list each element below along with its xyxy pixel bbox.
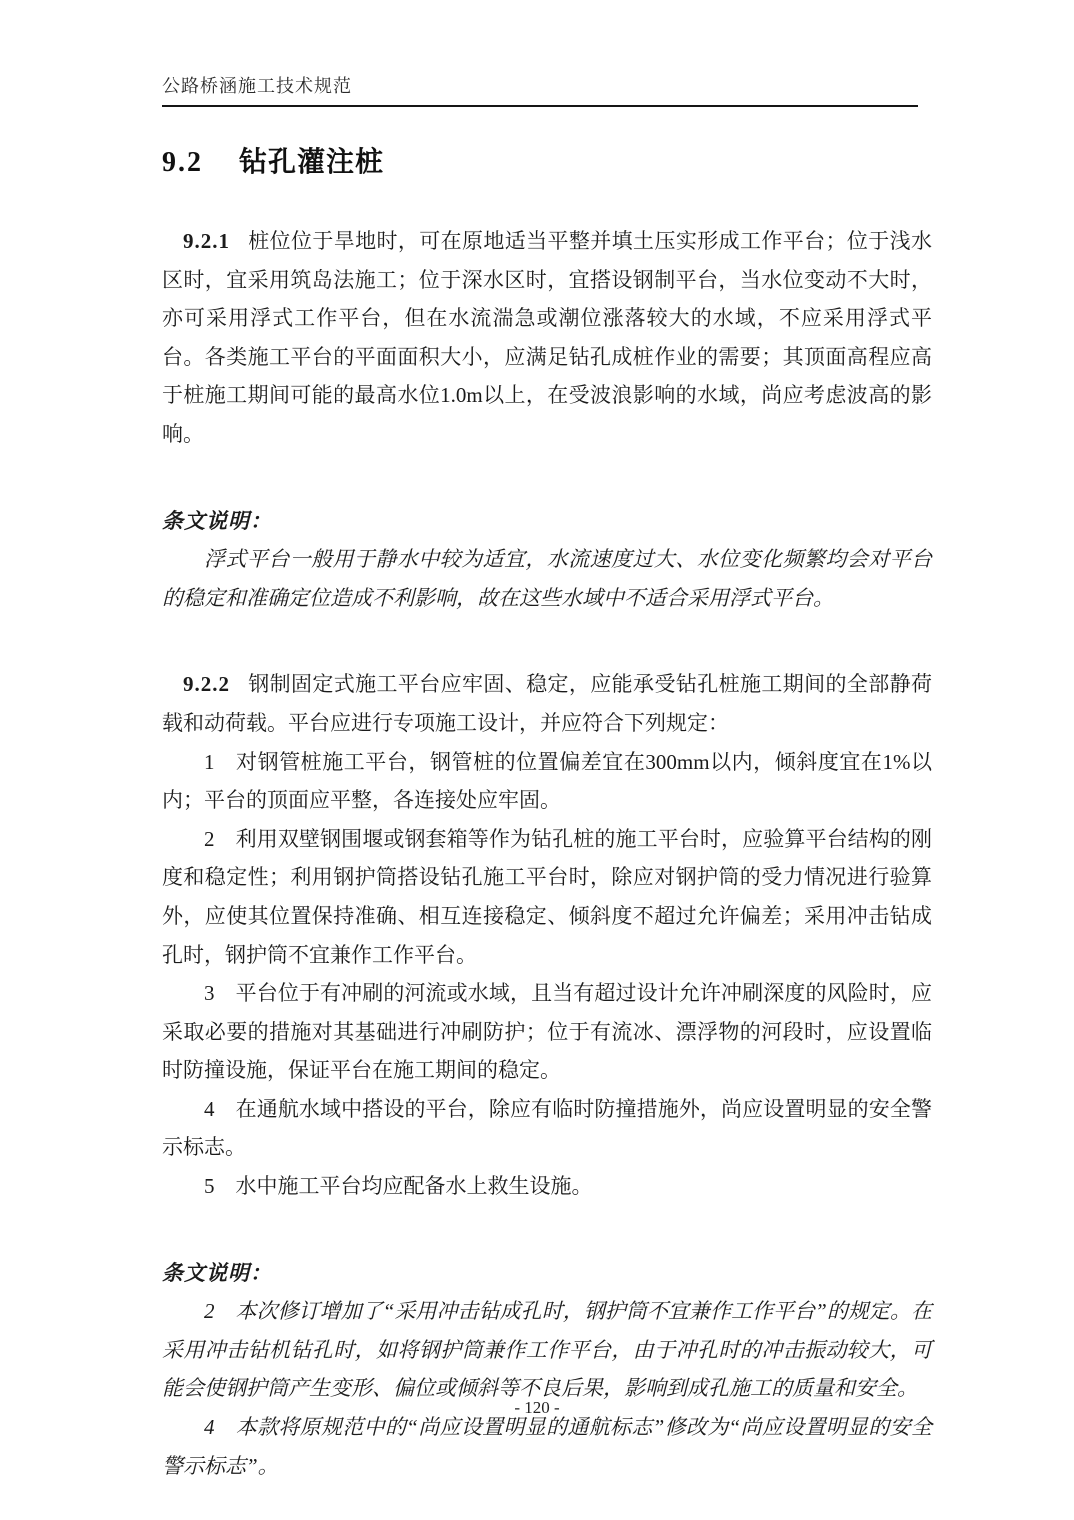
explanation-item-2: 2本次修订增加了“采用冲击钻成孔时，钢护筒不宜兼作工作平台”的规定。在采用冲击钻…	[162, 1292, 932, 1408]
clause-9-2-2-text: 钢制固定式施工平台应牢固、稳定，应能承受钻孔桩施工期间的全部静荷载和动荷载。平台…	[162, 672, 932, 735]
clause-9-2-1-text: 桩位位于旱地时，可在原地适当平整并填土压实形成工作平台；位于浅水区时，宜采用筑岛…	[162, 229, 932, 446]
item-text: 对钢管桩施工平台，钢管桩的位置偏差宜在300mm以内，倾斜度宜在1%以内；平台的…	[162, 750, 932, 813]
list-item-4: 4在通航水域中搭设的平台，除应有临时防撞措施外，尚应设置明显的安全警示标志。	[162, 1090, 932, 1167]
clause-9-2-2: 9.2.2钢制固定式施工平台应牢固、稳定，应能承受钻孔桩施工期间的全部静荷载和动…	[162, 665, 932, 1205]
item-text: 平台位于有冲刷的河流或水域，且当有超过设计允许冲刷深度的风险时，应采取必要的措施…	[162, 981, 932, 1082]
item-number: 2	[204, 1299, 215, 1323]
item-text: 水中施工平台均应配备水上救生设施。	[236, 1174, 593, 1198]
list-item-5: 5水中施工平台均应配备水上救生设施。	[162, 1167, 932, 1206]
explanation-9-2-2: 条文说明： 2本次修订增加了“采用冲击钻成孔时，钢护筒不宜兼作工作平台”的规定。…	[162, 1254, 932, 1486]
explanation-9-2-1: 条文说明： 浮式平台一般用于静水中较为适宜，水流速度过大、水位变化频繁均会对平台…	[162, 502, 932, 618]
item-text: 利用双壁钢围堰或钢套箱等作为钻孔桩的施工平台时，应验算平台结构的刚度和稳定性；利…	[162, 827, 932, 967]
list-item-2: 2利用双壁钢围堰或钢套箱等作为钻孔桩的施工平台时，应验算平台结构的刚度和稳定性；…	[162, 820, 932, 974]
clause-9-2-1-number: 9.2.1	[183, 229, 230, 253]
item-number: 5	[204, 1174, 215, 1198]
clause-9-2-2-intro: 9.2.2钢制固定式施工平台应牢固、稳定，应能承受钻孔桩施工期间的全部静荷载和动…	[162, 665, 932, 742]
item-text: 本次修订增加了“采用冲击钻成孔时，钢护筒不宜兼作工作平台”的规定。在采用冲击钻机…	[162, 1299, 932, 1400]
explanation-item-4: 4本款将原规范中的“尚应设置明显的通航标志”修改为“尚应设置明显的安全警示标志”…	[162, 1408, 932, 1485]
document-page: 公路桥涵施工技术规范 9.2钻孔灌注桩 9.2.1桩位位于旱地时，可在原地适当平…	[0, 0, 1074, 1520]
page-number: - 120 -	[0, 1398, 1074, 1418]
item-number: 4	[204, 1415, 215, 1439]
item-number: 4	[204, 1097, 215, 1121]
item-number: 3	[204, 981, 215, 1005]
running-header: 公路桥涵施工技术规范	[162, 72, 918, 107]
header-title: 公路桥涵施工技术规范	[162, 72, 918, 98]
item-number: 2	[204, 827, 215, 851]
clause-9-2-2-number: 9.2.2	[183, 672, 230, 696]
explanation-label: 条文说明：	[162, 1254, 932, 1293]
list-item-1: 1对钢管桩施工平台，钢管桩的位置偏差宜在300mm以内，倾斜度宜在1%以内；平台…	[162, 743, 932, 820]
clause-9-2-1: 9.2.1桩位位于旱地时，可在原地适当平整并填土压实形成工作平台；位于浅水区时，…	[162, 222, 932, 454]
explanation-label: 条文说明：	[162, 502, 932, 541]
section-number: 9.2	[162, 147, 203, 178]
item-text: 在通航水域中搭设的平台，除应有临时防撞措施外，尚应设置明显的安全警示标志。	[162, 1097, 932, 1160]
list-item-3: 3平台位于有冲刷的河流或水域，且当有超过设计允许冲刷深度的风险时，应采取必要的措…	[162, 974, 932, 1090]
explanation-9-2-1-text: 浮式平台一般用于静水中较为适宜，水流速度过大、水位变化频繁均会对平台的稳定和准确…	[162, 540, 932, 617]
item-text: 本款将原规范中的“尚应设置明显的通航标志”修改为“尚应设置明显的安全警示标志”。	[162, 1415, 932, 1478]
item-number: 1	[204, 750, 215, 774]
section-title: 钻孔灌注桩	[239, 147, 384, 178]
section-heading: 9.2钻孔灌注桩	[162, 140, 932, 180]
